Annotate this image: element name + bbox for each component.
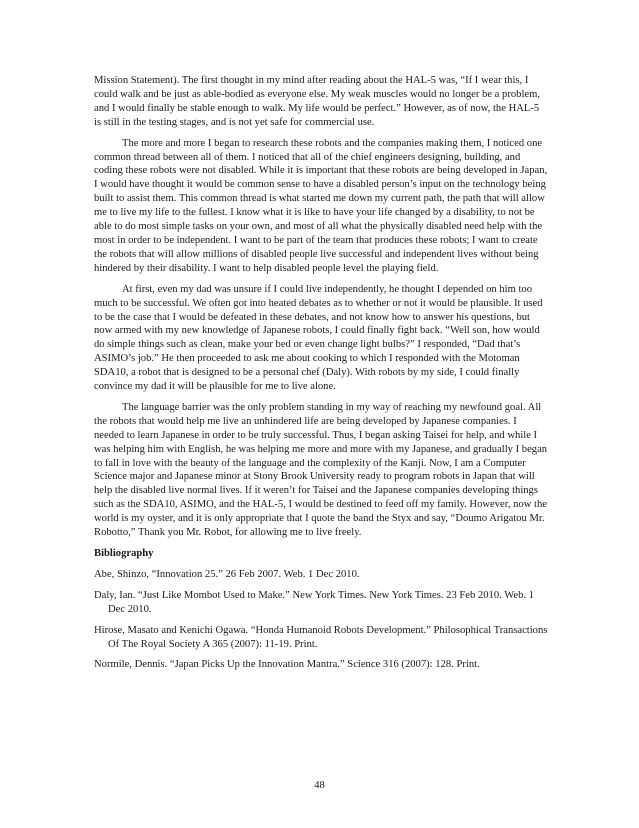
body-paragraph-1: Mission Statement). The first thought in… — [94, 74, 548, 130]
body-paragraph-3: At first, even my dad was unsure if I co… — [94, 283, 548, 394]
bibliography-entry-abe: Abe, Shinzo, “Innovation 25.” 26 Feb 200… — [94, 568, 548, 582]
document-page: Mission Statement). The first thought in… — [94, 74, 548, 679]
bibliography-entry-hirose: Hirose, Masato and Kenichi Ogawa. “Honda… — [94, 624, 548, 652]
bibliography-entry-daly: Daly, Ian. “Just Like Mombot Used to Mak… — [94, 589, 548, 617]
bibliography-heading: Bibliography — [94, 547, 548, 561]
bibliography-list: Abe, Shinzo, “Innovation 25.” 26 Feb 200… — [94, 568, 548, 672]
body-paragraph-4: The language barrier was the only proble… — [94, 401, 548, 540]
body-paragraph-2: The more and more I began to research th… — [94, 137, 548, 276]
page-number: 48 — [0, 780, 639, 791]
bibliography-entry-normile: Normile, Dennis. “Japan Picks Up the Inn… — [94, 658, 548, 672]
